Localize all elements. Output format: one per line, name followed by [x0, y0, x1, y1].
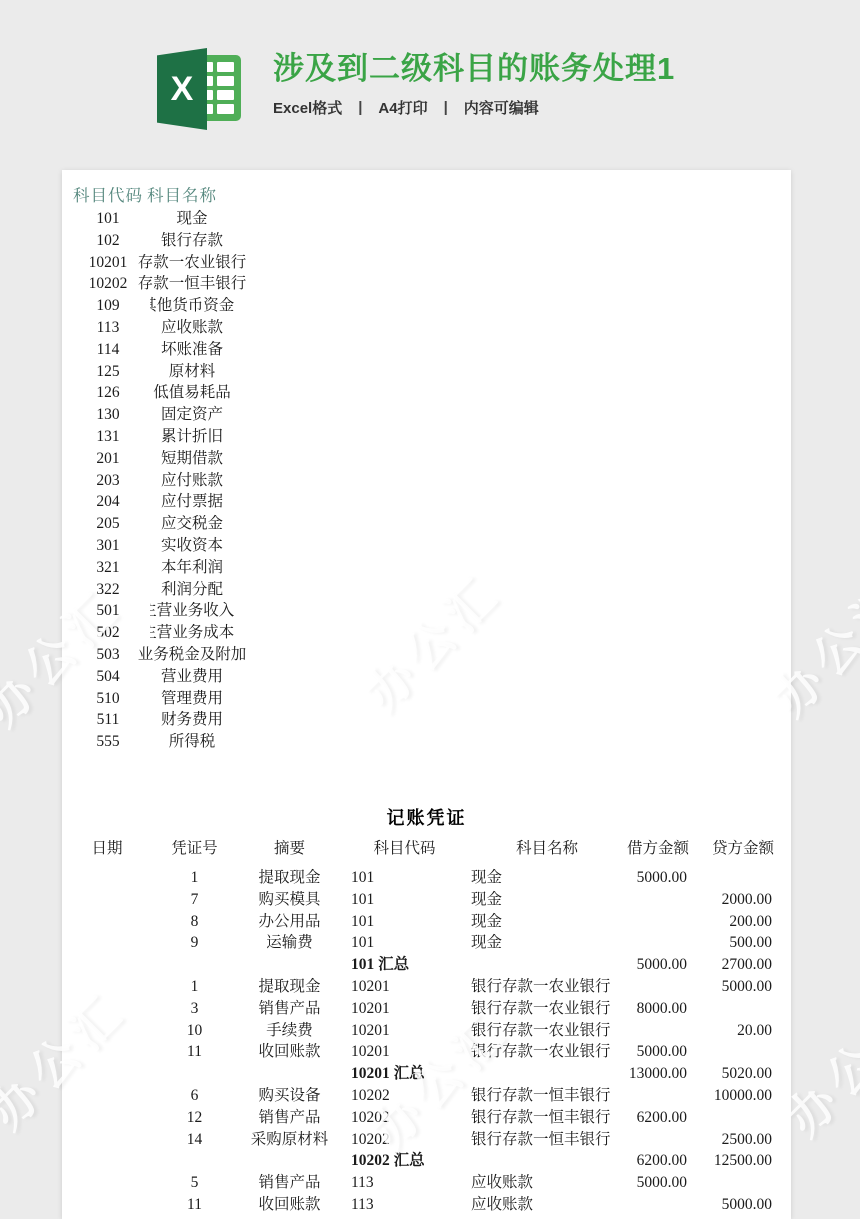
subject-name: 存款一农业银行 — [132, 252, 252, 274]
voucher-subject-name: 银行存款一农业银行 — [467, 1020, 627, 1042]
debit-amount: 5000.00 — [627, 867, 692, 889]
credit-amount: 2000.00 — [692, 889, 777, 911]
subtitle-separator: | — [444, 99, 448, 116]
voucher-date — [62, 1107, 152, 1129]
voucher-summary: 收回账款 — [237, 1041, 342, 1063]
voucher-row: 5销售产品113应收账款5000.00 — [62, 1172, 777, 1194]
debit-amount — [627, 889, 692, 911]
voucher-subject-name: 现金 — [467, 867, 627, 889]
subject-name: 利润分配 — [132, 579, 252, 601]
subject-row: 301实收资本 — [62, 535, 791, 557]
debit-amount: 8000.00 — [627, 998, 692, 1020]
subject-name: 主营业务收入 — [132, 600, 252, 622]
debit-amount — [627, 976, 692, 998]
voucher-no: 8 — [152, 911, 237, 933]
voucher-date — [62, 998, 152, 1020]
subject-table-rows: 101现金102银行存款10201存款一农业银行10202存款一恒丰银行109其… — [62, 208, 791, 753]
voucher-summary: 提取现金 — [237, 867, 342, 889]
voucher-subject-code: 10202 — [342, 1107, 467, 1129]
voucher-no — [152, 1063, 237, 1085]
voucher-no: 14 — [152, 1129, 237, 1151]
subject-name: 应收账款 — [132, 317, 252, 339]
debit-amount — [627, 1194, 692, 1216]
subject-row: 10202存款一恒丰银行 — [62, 273, 791, 295]
voucher-subject-name: 银行存款一农业银行 — [467, 976, 627, 998]
subtitle-part: 内容可编辑 — [464, 97, 539, 118]
voucher-no — [152, 954, 237, 976]
excel-logo-icon: X — [157, 48, 247, 130]
voucher-no: 11 — [152, 1194, 237, 1216]
voucher-date — [62, 889, 152, 911]
voucher-summary: 办公用品 — [237, 911, 342, 933]
voucher-subject-code: 101 — [342, 889, 467, 911]
voucher-col-header: 凭证号 — [152, 838, 237, 860]
voucher-date — [62, 1129, 152, 1151]
voucher-subtotal-row: 101 汇总5000.002700.00 — [62, 954, 777, 976]
spreadsheet-preview: 科目代码 科目名称 101现金102银行存款10201存款一农业银行10202存… — [62, 170, 791, 1219]
subject-row: 109其他货币资金 — [62, 295, 791, 317]
subject-name: 存款一恒丰银行 — [132, 273, 252, 295]
debit-amount: 5000.00 — [627, 1172, 692, 1194]
subject-row: 322利润分配 — [62, 579, 791, 601]
subtotal-label: 10202 汇总 — [342, 1150, 627, 1172]
voucher-summary: 运输费 — [237, 932, 342, 954]
subject-row: 502主营业务成本 — [62, 622, 791, 644]
subject-table-header: 科目代码 科目名称 — [62, 184, 791, 208]
subject-name: 坏账准备 — [132, 339, 252, 361]
credit-amount: 2500.00 — [692, 1129, 777, 1151]
voucher-col-header: 科目名称 — [467, 838, 627, 860]
subject-name: 所得税 — [132, 731, 252, 753]
credit-amount: 20.00 — [692, 1020, 777, 1042]
subject-name: 实收资本 — [132, 535, 252, 557]
voucher-date — [62, 954, 152, 976]
subtitle-part: A4打印 — [378, 97, 427, 118]
subject-name: 业务税金及附加 — [132, 644, 252, 666]
voucher-row: 7购买模具101现金2000.00 — [62, 889, 777, 911]
voucher-summary — [237, 1150, 342, 1172]
voucher-subject-name: 银行存款一恒丰银行 — [467, 1085, 627, 1107]
voucher-date — [62, 911, 152, 933]
debit-amount — [627, 932, 692, 954]
voucher-title: 记账凭证 — [62, 804, 791, 830]
voucher-subtotal-row: 10202 汇总6200.0012500.00 — [62, 1150, 777, 1172]
credit-amount — [692, 998, 777, 1020]
subject-row: 503业务税金及附加 — [62, 644, 791, 666]
voucher-no: 11 — [152, 1041, 237, 1063]
debit-amount — [627, 1020, 692, 1042]
voucher-date — [62, 867, 152, 889]
voucher-col-header: 摘要 — [237, 838, 342, 860]
voucher-no: 6 — [152, 1085, 237, 1107]
voucher-row: 1提取现金101现金5000.00 — [62, 867, 777, 889]
subject-name: 财务费用 — [132, 709, 252, 731]
debit-amount — [627, 1085, 692, 1107]
voucher-subject-name: 银行存款一农业银行 — [467, 998, 627, 1020]
credit-amount — [692, 867, 777, 889]
voucher-table-rows: 1提取现金101现金5000.007购买模具101现金2000.008办公用品1… — [62, 867, 777, 1216]
voucher-subject-name: 现金 — [467, 889, 627, 911]
subject-row: 114坏账准备 — [62, 339, 791, 361]
voucher-summary: 收回账款 — [237, 1194, 342, 1216]
voucher-summary: 提取现金 — [237, 976, 342, 998]
credit-amount — [692, 1172, 777, 1194]
voucher-date — [62, 932, 152, 954]
subject-code-header: 科目代码 — [73, 184, 143, 208]
subject-row: 126低值易耗品 — [62, 382, 791, 404]
subject-name: 应交税金 — [132, 513, 252, 535]
credit-amount: 10000.00 — [692, 1085, 777, 1107]
subject-name: 管理费用 — [132, 688, 252, 710]
voucher-row: 6购买设备10202银行存款一恒丰银行10000.00 — [62, 1085, 777, 1107]
voucher-subject-name: 现金 — [467, 932, 627, 954]
subject-row: 205应交税金 — [62, 513, 791, 535]
voucher-no: 9 — [152, 932, 237, 954]
subject-name: 累计折旧 — [132, 426, 252, 448]
voucher-summary: 销售产品 — [237, 998, 342, 1020]
debit-amount — [627, 911, 692, 933]
debit-amount — [627, 1129, 692, 1151]
voucher-subject-code: 10202 — [342, 1129, 467, 1151]
subject-name: 营业费用 — [132, 666, 252, 688]
clipped-char: 主 — [150, 600, 157, 622]
debit-amount: 5000.00 — [627, 954, 692, 976]
voucher-subject-name: 银行存款一农业银行 — [467, 1041, 627, 1063]
subject-name: 现金 — [132, 208, 252, 230]
subtitle-separator: | — [358, 99, 362, 116]
voucher-subject-name: 现金 — [467, 911, 627, 933]
voucher-subject-code: 10201 — [342, 1041, 467, 1063]
voucher-no: 12 — [152, 1107, 237, 1129]
voucher-subject-code: 10201 — [342, 1020, 467, 1042]
voucher-no: 7 — [152, 889, 237, 911]
voucher-subject-name: 银行存款一恒丰银行 — [467, 1129, 627, 1151]
voucher-subject-name: 应收账款 — [467, 1172, 627, 1194]
voucher-col-header: 贷方金额 — [692, 838, 777, 860]
voucher-row: 11收回账款113应收账款5000.00 — [62, 1194, 777, 1216]
voucher-summary: 手续费 — [237, 1020, 342, 1042]
voucher-subject-code: 113 — [342, 1172, 467, 1194]
voucher-date — [62, 1063, 152, 1085]
voucher-row: 3销售产品10201银行存款一农业银行8000.00 — [62, 998, 777, 1020]
voucher-date — [62, 1172, 152, 1194]
voucher-col-header: 借方金额 — [627, 838, 692, 860]
voucher-date — [62, 976, 152, 998]
voucher-row: 9运输费101现金500.00 — [62, 932, 777, 954]
subject-name: 应付账款 — [132, 470, 252, 492]
clipped-char: 主 — [150, 622, 157, 644]
voucher-subject-name: 银行存款一恒丰银行 — [467, 1107, 627, 1129]
subject-name: 固定资产 — [132, 404, 252, 426]
subject-name: 主营业务成本 — [132, 622, 252, 644]
template-header: X 涉及到二级科目的账务处理1 Excel格式|A4打印|内容可编辑 — [157, 48, 675, 130]
subtitle-part: Excel格式 — [273, 97, 342, 118]
subject-row: 201短期借款 — [62, 448, 791, 470]
voucher-no: 5 — [152, 1172, 237, 1194]
debit-amount: 13000.00 — [627, 1063, 692, 1085]
voucher-date — [62, 1041, 152, 1063]
subject-row: 504营业费用 — [62, 666, 791, 688]
voucher-no: 1 — [152, 976, 237, 998]
subject-row: 10201存款一农业银行 — [62, 252, 791, 274]
subject-row: 130固定资产 — [62, 404, 791, 426]
subject-name: 短期借款 — [132, 448, 252, 470]
subject-row: 131累计折旧 — [62, 426, 791, 448]
credit-amount: 2700.00 — [692, 954, 777, 976]
page-subtitle: Excel格式|A4打印|内容可编辑 — [273, 97, 675, 118]
voucher-no: 3 — [152, 998, 237, 1020]
subject-row: 113应收账款 — [62, 317, 791, 339]
subject-row: 501主营业务收入 — [62, 600, 791, 622]
voucher-summary: 采购原材料 — [237, 1129, 342, 1151]
credit-amount: 5020.00 — [692, 1063, 777, 1085]
voucher-date — [62, 1085, 152, 1107]
voucher-summary: 销售产品 — [237, 1107, 342, 1129]
credit-amount: 12500.00 — [692, 1150, 777, 1172]
voucher-summary: 销售产品 — [237, 1172, 342, 1194]
credit-amount: 500.00 — [692, 932, 777, 954]
subject-name: 应付票据 — [132, 491, 252, 513]
subject-name: 原材料 — [132, 361, 252, 383]
voucher-row: 12销售产品10202银行存款一恒丰银行6200.00 — [62, 1107, 777, 1129]
subject-name-header: 科目名称 — [147, 184, 217, 208]
voucher-summary: 购买设备 — [237, 1085, 342, 1107]
header-text: 涉及到二级科目的账务处理1 Excel格式|A4打印|内容可编辑 — [273, 48, 675, 118]
page-title: 涉及到二级科目的账务处理1 — [273, 50, 675, 88]
subject-row: 510管理费用 — [62, 688, 791, 710]
voucher-row: 8办公用品101现金200.00 — [62, 911, 777, 933]
credit-amount — [692, 1041, 777, 1063]
credit-amount — [692, 1107, 777, 1129]
subject-name: 低值易耗品 — [132, 382, 252, 404]
voucher-date — [62, 1194, 152, 1216]
voucher-row: 14采购原材料10202银行存款一恒丰银行2500.00 — [62, 1129, 777, 1151]
subject-name: 银行存款 — [132, 230, 252, 252]
subject-name: 其他货币资金 — [132, 295, 252, 317]
voucher-summary — [237, 954, 342, 976]
subject-name: 本年利润 — [132, 557, 252, 579]
voucher-row: 11收回账款10201银行存款一农业银行5000.00 — [62, 1041, 777, 1063]
voucher-subject-code: 10201 — [342, 998, 467, 1020]
voucher-summary — [237, 1063, 342, 1085]
subject-row: 125原材料 — [62, 361, 791, 383]
voucher-date — [62, 1020, 152, 1042]
excel-x-letter: X — [171, 72, 194, 106]
voucher-col-header: 科目代码 — [342, 838, 467, 860]
subject-row: 321本年利润 — [62, 557, 791, 579]
debit-amount: 5000.00 — [627, 1041, 692, 1063]
subject-row: 203应付账款 — [62, 470, 791, 492]
clipped-char: 其 — [150, 295, 157, 317]
subject-row: 511财务费用 — [62, 709, 791, 731]
credit-amount: 5000.00 — [692, 976, 777, 998]
voucher-no — [152, 1150, 237, 1172]
voucher-subtotal-row: 10201 汇总13000.005020.00 — [62, 1063, 777, 1085]
voucher-subject-code: 10201 — [342, 976, 467, 998]
voucher-subject-code: 10202 — [342, 1085, 467, 1107]
subject-row: 101现金 — [62, 208, 791, 230]
voucher-date — [62, 1150, 152, 1172]
debit-amount: 6200.00 — [627, 1150, 692, 1172]
voucher-no: 10 — [152, 1020, 237, 1042]
voucher-col-header: 日期 — [62, 838, 152, 860]
voucher-row: 1提取现金10201银行存款一农业银行5000.00 — [62, 976, 777, 998]
excel-book-icon: X — [157, 48, 207, 130]
voucher-summary: 购买模具 — [237, 889, 342, 911]
credit-amount: 5000.00 — [692, 1194, 777, 1216]
voucher-subject-code: 101 — [342, 932, 467, 954]
subtotal-label: 101 汇总 — [342, 954, 627, 976]
subtotal-label: 10201 汇总 — [342, 1063, 627, 1085]
debit-amount: 6200.00 — [627, 1107, 692, 1129]
subject-row: 204应付票据 — [62, 491, 791, 513]
voucher-subject-code: 113 — [342, 1194, 467, 1216]
voucher-subject-code: 101 — [342, 867, 467, 889]
voucher-no: 1 — [152, 867, 237, 889]
voucher-subject-code: 101 — [342, 911, 467, 933]
voucher-row: 10手续费10201银行存款一农业银行20.00 — [62, 1020, 777, 1042]
credit-amount: 200.00 — [692, 911, 777, 933]
subject-row: 102银行存款 — [62, 230, 791, 252]
voucher-table-header: 日期凭证号摘要科目代码科目名称借方金额贷方金额 — [62, 838, 777, 860]
voucher-subject-name: 应收账款 — [467, 1194, 627, 1216]
subject-row: 555所得税 — [62, 731, 791, 753]
